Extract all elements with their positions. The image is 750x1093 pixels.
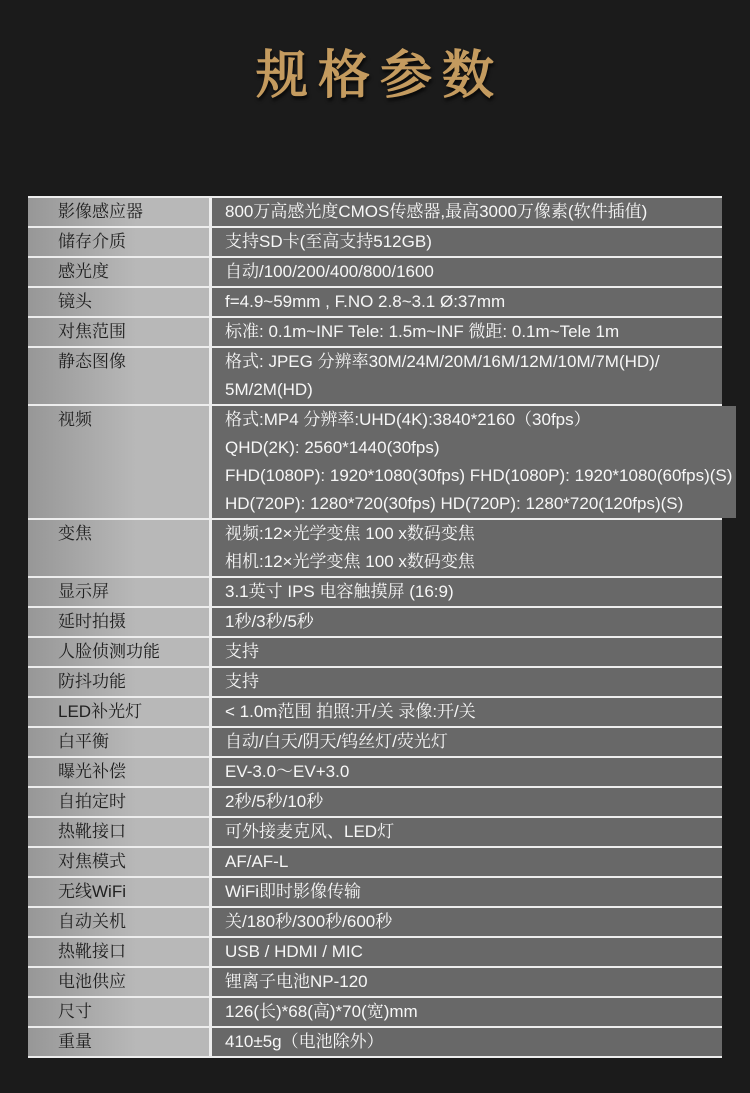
- spec-label: 重量: [28, 1028, 209, 1056]
- spec-row: 电池供应锂离子电池NP-120: [28, 968, 722, 998]
- spec-row: 白平衡自动/白天/阴天/钨丝灯/荧光灯: [28, 728, 722, 758]
- spec-value-line: 3.1英寸 IPS 电容触摸屏 (16:9): [225, 578, 718, 606]
- spec-label: 尺寸: [28, 998, 209, 1026]
- spec-value-line: 410±5g（电池除外）: [225, 1028, 718, 1056]
- spec-label: LED补光灯: [28, 698, 209, 726]
- spec-row: 无线WiFiWiFi即时影像传输: [28, 878, 722, 908]
- spec-row: LED补光灯< 1.0m范围 拍照:开/关 录像:开/关: [28, 698, 722, 728]
- spec-value-line: WiFi即时影像传输: [225, 878, 718, 906]
- spec-row: 尺寸126(长)*68(高)*70(宽)mm: [28, 998, 722, 1028]
- spec-value: 自动/白天/阴天/钨丝灯/荧光灯: [209, 728, 722, 756]
- spec-label: 影像感应器: [28, 198, 209, 226]
- spec-label: 静态图像: [28, 348, 209, 404]
- spec-value-line: 支持: [225, 638, 718, 666]
- spec-value-line: 1秒/3秒/5秒: [225, 608, 718, 636]
- spec-label: 对焦模式: [28, 848, 209, 876]
- spec-label: 防抖功能: [28, 668, 209, 696]
- spec-label: 热靴接口: [28, 818, 209, 846]
- spec-label: 人脸侦测功能: [28, 638, 209, 666]
- spec-value-line: 可外接麦克风、LED灯: [225, 818, 718, 846]
- spec-row: 感光度自动/100/200/400/800/1600: [28, 258, 722, 288]
- spec-label: 曝光补偿: [28, 758, 209, 786]
- spec-label: 对焦范围: [28, 318, 209, 346]
- spec-value: 支持SD卡(至高支持512GB): [209, 228, 722, 256]
- spec-label: 变焦: [28, 520, 209, 576]
- spec-value-line: 自动/100/200/400/800/1600: [225, 258, 718, 286]
- spec-row: 影像感应器800万高感光度CMOS传感器,最高3000万像素(软件插值): [28, 198, 722, 228]
- spec-value: 支持: [209, 668, 722, 696]
- spec-row: 变焦视频:12×光学变焦 100 x数码变焦相机:12×光学变焦 100 x数码…: [28, 520, 722, 578]
- spec-value-line: AF/AF-L: [225, 848, 718, 876]
- spec-value: f=4.9~59mm , F.NO 2.8~3.1 Ø:37mm: [209, 288, 722, 316]
- header: 规格参数: [0, 0, 750, 196]
- spec-label: 显示屏: [28, 578, 209, 606]
- spec-value-line: 锂离子电池NP-120: [225, 968, 718, 996]
- spec-value: 126(长)*68(高)*70(宽)mm: [209, 998, 722, 1026]
- spec-value-line: 支持: [225, 668, 718, 696]
- spec-row: 重量410±5g（电池除外）: [28, 1028, 722, 1058]
- spec-value-line: 支持SD卡(至高支持512GB): [225, 228, 718, 256]
- spec-value: 标准: 0.1m~INF Tele: 1.5m~INF 微距: 0.1m~Tel…: [209, 318, 722, 346]
- spec-value: WiFi即时影像传输: [209, 878, 722, 906]
- spec-value: 800万高感光度CMOS传感器,最高3000万像素(软件插值): [209, 198, 722, 226]
- spec-value: USB / HDMI / MIC: [209, 938, 722, 966]
- spec-label: 电池供应: [28, 968, 209, 996]
- spec-value-line: 自动/白天/阴天/钨丝灯/荧光灯: [225, 728, 718, 756]
- spec-value-line: 800万高感光度CMOS传感器,最高3000万像素(软件插值): [225, 198, 718, 226]
- spec-value-line: 5M/2M(HD): [225, 376, 718, 404]
- page-title: 规格参数: [246, 44, 504, 109]
- spec-value: 2秒/5秒/10秒: [209, 788, 722, 816]
- spec-value: EV-3.0～EV+3.0: [209, 758, 722, 786]
- spec-row: 热靴接口可外接麦克风、LED灯: [28, 818, 722, 848]
- spec-row: 热靴接口USB / HDMI / MIC: [28, 938, 722, 968]
- spec-value-line: 126(长)*68(高)*70(宽)mm: [225, 998, 718, 1026]
- spec-value-line: 相机:12×光学变焦 100 x数码变焦: [225, 548, 718, 576]
- spec-row: 对焦模式AF/AF-L: [28, 848, 722, 878]
- spec-value-line: EV-3.0～EV+3.0: [225, 758, 718, 786]
- spec-row: 显示屏3.1英寸 IPS 电容触摸屏 (16:9): [28, 578, 722, 608]
- spec-value: 锂离子电池NP-120: [209, 968, 722, 996]
- spec-value-line: USB / HDMI / MIC: [225, 938, 718, 966]
- spec-value: 关/180秒/300秒/600秒: [209, 908, 722, 936]
- spec-row: 视频格式:MP4 分辨率:UHD(4K):3840*2160（30fps）QHD…: [28, 406, 722, 520]
- spec-value-line: < 1.0m范围 拍照:开/关 录像:开/关: [225, 698, 718, 726]
- spec-row: 自拍定时2秒/5秒/10秒: [28, 788, 722, 818]
- spec-value-line: 标准: 0.1m~INF Tele: 1.5m~INF 微距: 0.1m~Tel…: [225, 318, 718, 346]
- spec-value: 支持: [209, 638, 722, 666]
- spec-row: 自动关机关/180秒/300秒/600秒: [28, 908, 722, 938]
- spec-label: 自动关机: [28, 908, 209, 936]
- spec-value: 410±5g（电池除外）: [209, 1028, 722, 1056]
- spec-row: 对焦范围标准: 0.1m~INF Tele: 1.5m~INF 微距: 0.1m…: [28, 318, 722, 348]
- spec-label: 热靴接口: [28, 938, 209, 966]
- spec-value-line: FHD(1080P): 1920*1080(30fps) FHD(1080P):…: [225, 462, 732, 490]
- spec-table: 影像感应器800万高感光度CMOS传感器,最高3000万像素(软件插值)储存介质…: [28, 196, 722, 1058]
- spec-value-line: 格式:MP4 分辨率:UHD(4K):3840*2160（30fps）: [225, 406, 732, 434]
- spec-label: 储存介质: [28, 228, 209, 256]
- spec-label: 感光度: [28, 258, 209, 286]
- spec-value-line: QHD(2K): 2560*1440(30fps): [225, 434, 732, 462]
- spec-label: 视频: [28, 406, 209, 518]
- spec-row: 人脸侦测功能支持: [28, 638, 722, 668]
- spec-value: 3.1英寸 IPS 电容触摸屏 (16:9): [209, 578, 722, 606]
- spec-value-line: 关/180秒/300秒/600秒: [225, 908, 718, 936]
- spec-label: 延时拍摄: [28, 608, 209, 636]
- spec-value: AF/AF-L: [209, 848, 722, 876]
- spec-value-line: f=4.9~59mm , F.NO 2.8~3.1 Ø:37mm: [225, 288, 718, 316]
- spec-row: 镜头f=4.9~59mm , F.NO 2.8~3.1 Ø:37mm: [28, 288, 722, 318]
- spec-value: 自动/100/200/400/800/1600: [209, 258, 722, 286]
- spec-label: 镜头: [28, 288, 209, 316]
- spec-row: 延时拍摄1秒/3秒/5秒: [28, 608, 722, 638]
- spec-value-line: 2秒/5秒/10秒: [225, 788, 718, 816]
- spec-label: 白平衡: [28, 728, 209, 756]
- spec-row: 静态图像格式: JPEG 分辨率30M/24M/20M/16M/12M/10M/…: [28, 348, 722, 406]
- spec-label: 自拍定时: [28, 788, 209, 816]
- spec-value-line: 视频:12×光学变焦 100 x数码变焦: [225, 520, 718, 548]
- spec-row: 防抖功能支持: [28, 668, 722, 698]
- spec-label: 无线WiFi: [28, 878, 209, 906]
- spec-page: 规格参数 影像感应器800万高感光度CMOS传感器,最高3000万像素(软件插值…: [0, 0, 750, 1058]
- spec-row: 储存介质支持SD卡(至高支持512GB): [28, 228, 722, 258]
- spec-value: 1秒/3秒/5秒: [209, 608, 722, 636]
- spec-value-line: 格式: JPEG 分辨率30M/24M/20M/16M/12M/10M/7M(H…: [225, 348, 718, 376]
- spec-row: 曝光补偿EV-3.0～EV+3.0: [28, 758, 722, 788]
- spec-value: 视频:12×光学变焦 100 x数码变焦相机:12×光学变焦 100 x数码变焦: [209, 520, 722, 576]
- spec-value: < 1.0m范围 拍照:开/关 录像:开/关: [209, 698, 722, 726]
- spec-value-line: HD(720P): 1280*720(30fps) HD(720P): 1280…: [225, 490, 732, 518]
- spec-value: 格式:MP4 分辨率:UHD(4K):3840*2160（30fps）QHD(2…: [209, 406, 736, 518]
- spec-value: 格式: JPEG 分辨率30M/24M/20M/16M/12M/10M/7M(H…: [209, 348, 722, 404]
- spec-value: 可外接麦克风、LED灯: [209, 818, 722, 846]
